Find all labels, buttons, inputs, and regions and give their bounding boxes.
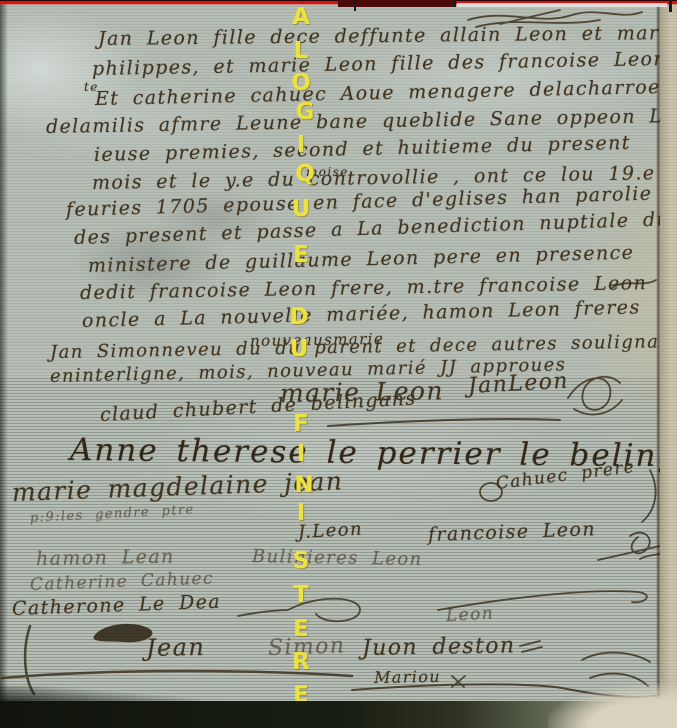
signature-knot-icon	[568, 377, 622, 415]
crossed-out-scribble-icon	[468, 10, 642, 27]
paraphe-flourish-icon	[642, 470, 656, 522]
long-stroke-icon	[598, 546, 660, 560]
border-tick	[354, 0, 356, 11]
paraphe-flourish-icon	[612, 280, 656, 288]
archive-watermark: A L O G I Q U E D U F I N I S T E R E	[284, 0, 318, 728]
watermark-letter: U	[290, 338, 309, 361]
page-edge-strip	[660, 0, 677, 728]
left-flourish-icon	[25, 626, 34, 694]
watermark-letter: T	[293, 584, 309, 607]
border-tick	[454, 0, 456, 7]
ink-blot-icon	[93, 624, 152, 642]
manuscript-scan: Jan Leon fille dece deffunte allain Leon…	[0, 0, 677, 728]
watermark-letter: I	[297, 443, 306, 466]
scan-top-gap	[457, 3, 667, 7]
watermark-letter: I	[297, 502, 306, 525]
watermark-letter: E	[293, 618, 309, 641]
watermark-letter: I	[297, 134, 306, 157]
watermark-letter: R	[292, 651, 310, 674]
border-tick	[669, 0, 672, 12]
long-stroke-icon	[438, 591, 647, 610]
watermark-letter: A	[292, 6, 310, 29]
watermark-letter: Q	[295, 163, 315, 186]
watermark-letter: L	[294, 40, 309, 63]
page-corner	[548, 684, 677, 728]
watermark-letter: F	[293, 413, 309, 436]
watermark-letter: D	[289, 306, 308, 329]
squiggle-flourish-icon	[582, 653, 650, 686]
notary-mark-icon	[520, 641, 542, 652]
circle-flourish-icon	[480, 483, 502, 501]
watermark-letter: N	[294, 474, 313, 497]
watermark-letter: E	[293, 244, 309, 267]
ink-marks-overlay	[0, 0, 677, 728]
watermark-letter: O	[291, 72, 311, 95]
watermark-letter: S	[293, 550, 310, 573]
watermark-letter: G	[296, 101, 315, 124]
watermark-letter: U	[292, 198, 311, 221]
underline-stroke-icon	[328, 419, 560, 426]
